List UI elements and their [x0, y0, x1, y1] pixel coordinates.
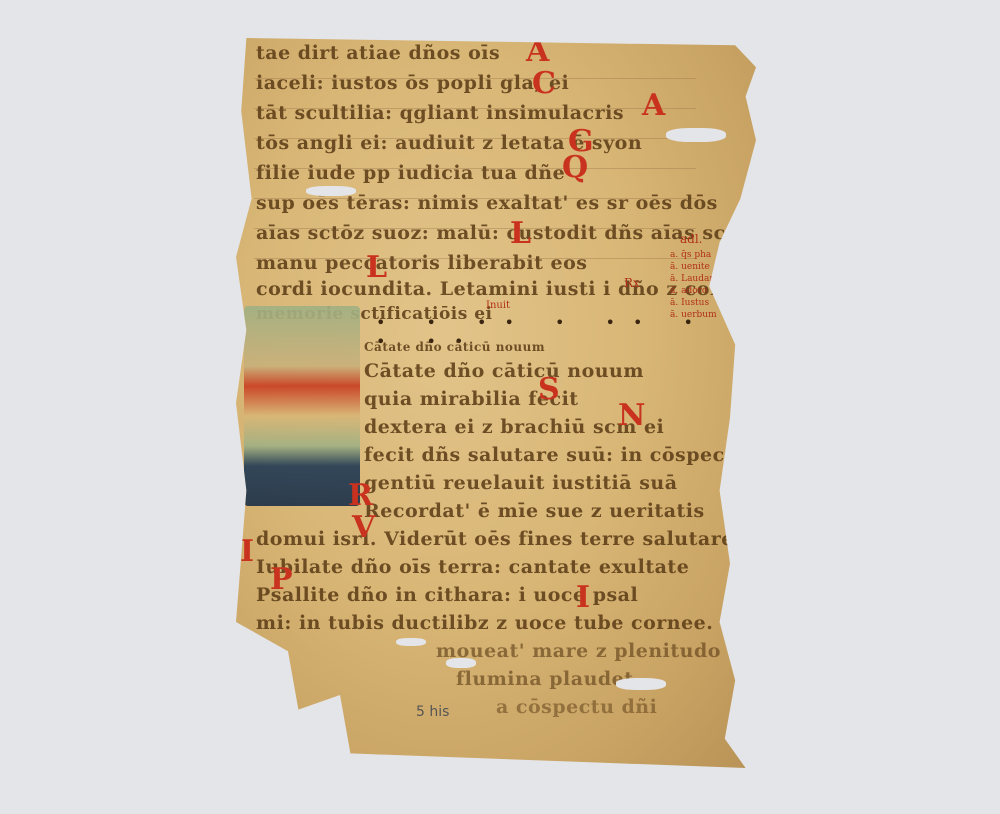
- margin-note-line: ā. Iustus: [670, 298, 709, 309]
- text-line: iaceli: iustos ōs popli gla; ei: [256, 72, 569, 94]
- red-initial: P: [270, 562, 293, 597]
- text-line: tāt scultilia: qgliant insimulacris: [256, 102, 624, 124]
- red-initial: I: [576, 580, 590, 615]
- margin-note-line: ā. Laudamus: [670, 274, 728, 285]
- red-initial: Q: [562, 150, 588, 185]
- red-initial: I: [240, 534, 254, 569]
- text-line: flumina plaudet: [456, 668, 634, 690]
- parchment-hole: [666, 128, 726, 142]
- red-initial: V: [352, 510, 375, 545]
- red-initial: A: [642, 88, 665, 123]
- text-line: aīas sctōz suoz: malū: custodit dñs aīas…: [256, 222, 750, 244]
- text-line: a cōspectu dñi: [496, 696, 657, 718]
- text-line: fecit dñs salutare suū: in cōspectu: [364, 444, 748, 466]
- text-line: manu peccatoris liberabit eos: [256, 252, 587, 274]
- red-initial: N: [618, 398, 645, 433]
- red-initial: L: [366, 250, 387, 285]
- text-line: Cātate dño cāticū nouum: [364, 360, 644, 382]
- text-line: filie iude pp iudicia tua dñe: [256, 162, 565, 184]
- red-initial: R: [348, 478, 373, 513]
- parchment-hole: [306, 186, 356, 196]
- parchment-hole: [396, 638, 426, 646]
- parchment-hole: [446, 658, 476, 668]
- text-line: domui isrl. Viderūt oēs fines terre salu…: [256, 528, 775, 550]
- margin-note-line: ā. uerbum: [670, 310, 717, 321]
- text-line: Recordat' ē mīe sue z ueritatis: [364, 500, 705, 522]
- text-line: Cātate dño cāticū nouum: [364, 340, 545, 354]
- manuscript-leaf: tae dirt atiae dños oīs iaceli: iustos ō…: [236, 38, 756, 768]
- red-initial: S: [538, 372, 560, 407]
- text-line: mi: in tubis ductilibz z uoce tube corne…: [256, 612, 808, 634]
- red-initial: C: [532, 66, 556, 101]
- illuminated-initial: [244, 306, 360, 506]
- margin-note-line: a. q̄s pha: [670, 250, 711, 261]
- music-label: Inuit: [486, 300, 510, 311]
- red-initial: L: [510, 216, 531, 251]
- rubric-mark: Rx: [624, 278, 640, 289]
- parchment-hole: [616, 678, 666, 690]
- text-line: moueat' mare z plenitudo: [436, 640, 721, 662]
- margin-note-line: ā. uenite: [670, 262, 710, 273]
- margin-note-line: ā. adoro: [670, 286, 707, 297]
- pencil-annotation: 5 his: [416, 704, 449, 720]
- text-line: tae dirt atiae dños oīs: [256, 42, 500, 64]
- margin-note-header: adl.: [680, 234, 703, 245]
- text-line: Iubilate dño oīs terra: cantate exultate: [256, 556, 689, 578]
- red-initial: A: [526, 34, 549, 69]
- text-line: gentiū reuelauit iustitiā suā: [364, 472, 678, 494]
